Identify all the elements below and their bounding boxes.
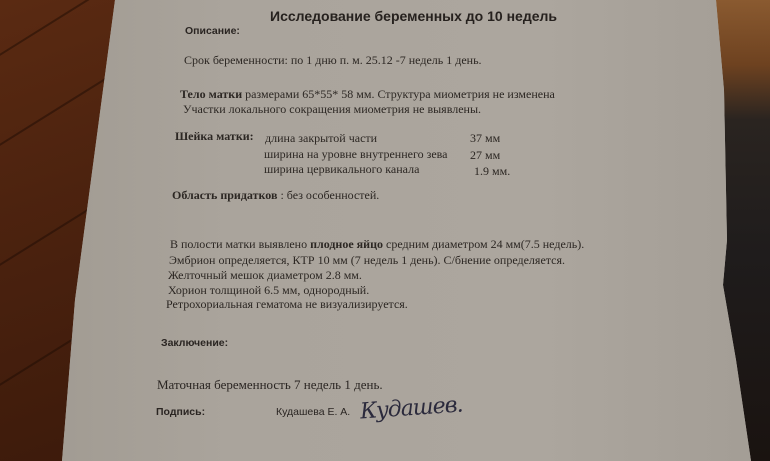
adnexa-label: Область придатков bbox=[172, 188, 277, 202]
adnexa-line: Область придатков : без особенностей. bbox=[172, 188, 379, 203]
cervix-row-value: 27 мм bbox=[470, 148, 500, 163]
adnexa-text: : без особенностей. bbox=[277, 188, 379, 202]
findings-line-4: Хорион толщиной 6.5 мм, однородный. bbox=[168, 283, 369, 298]
doctor-name: Кудашева Е. А. bbox=[276, 406, 350, 418]
cervix-row-value: 1.9 мм. bbox=[474, 164, 510, 179]
document-title: Исследование беременных до 10 недель bbox=[270, 8, 557, 24]
cervix-label: Шейка матки: bbox=[175, 129, 254, 144]
signature-label: Подпись: bbox=[156, 406, 205, 418]
findings-line-5: Ретрохориальная гематома не визуализируе… bbox=[166, 297, 408, 312]
uterus-label: Тело матки bbox=[180, 87, 242, 101]
uterus-size-text: размерами 65*55* 58 мм. Структура миомет… bbox=[242, 87, 555, 101]
findings-line-1: В полости матки выявлено плодное яйцо ср… bbox=[170, 237, 584, 252]
findings-line-3: Желточный мешок диаметром 2.8 мм. bbox=[168, 268, 362, 283]
description-label: Описание: bbox=[185, 25, 240, 37]
uterus-line-2: Участки локального сокращения миометрия … bbox=[183, 102, 481, 117]
cervix-row-name: длина закрытой части bbox=[265, 131, 377, 146]
findings-text: В полости матки выявлено bbox=[170, 237, 310, 251]
cervix-row-name: ширина цервикального канала bbox=[264, 162, 419, 177]
uterus-line-1: Тело матки размерами 65*55* 58 мм. Струк… bbox=[180, 87, 555, 102]
cervix-row-value: 37 мм bbox=[470, 131, 500, 146]
gestational-sac-term: плодное яйцо bbox=[310, 237, 383, 251]
findings-line-2: Эмбрион определяется, КТР 10 мм (7 недел… bbox=[169, 253, 565, 268]
cervix-row-name: ширина на уровне внутреннего зева bbox=[264, 147, 448, 162]
gestation-line: Срок беременности: по 1 дню п. м. 25.12 … bbox=[184, 53, 482, 68]
findings-text: средним диаметром 24 мм(7.5 недель). bbox=[383, 237, 584, 251]
ultrasound-report: Исследование беременных до 10 недель Опи… bbox=[0, 0, 770, 461]
handwritten-signature: Кудашев. bbox=[359, 392, 463, 424]
conclusion-label: Заключение: bbox=[161, 337, 228, 349]
conclusion-text: Маточная беременность 7 недель 1 день. bbox=[157, 377, 383, 393]
